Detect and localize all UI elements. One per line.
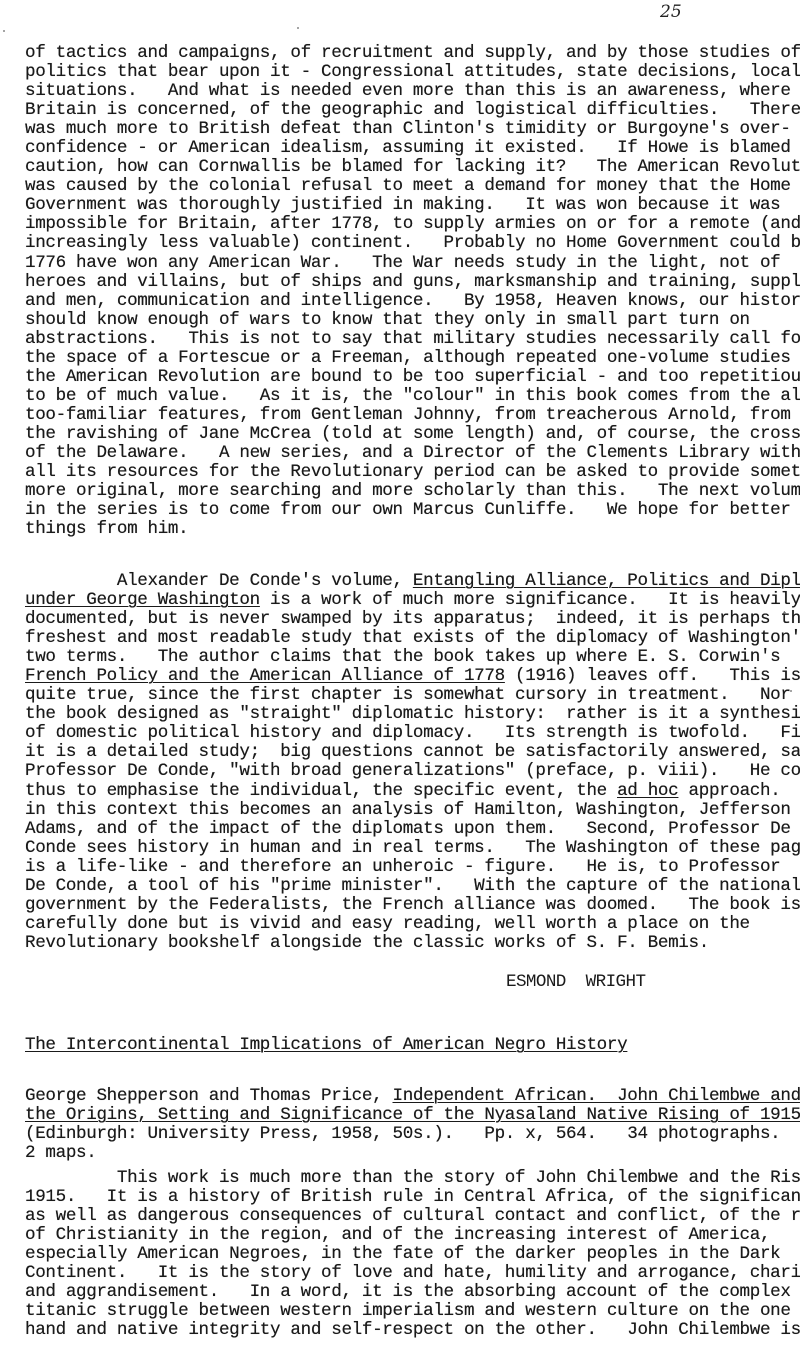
text-line: and aggrandisement. In a word, it is the… — [25, 1283, 795, 1302]
text-line: Adams, and of the impact of the diplomat… — [25, 820, 795, 839]
text-line: This work is much more than the story of… — [25, 1169, 795, 1188]
citation-publication: (Edinburgh: University Press, 1958, 50s.… — [25, 1125, 795, 1144]
text-line: increasingly less valuable) continent. P… — [25, 234, 795, 253]
scan-speck — [784, 612, 786, 614]
text-line: to be of much value. As it is, the "colo… — [25, 387, 795, 406]
text-line: impossible for Britain, after 1778, to s… — [25, 215, 795, 234]
text-line: should know enough of wars to know that … — [25, 311, 795, 330]
text-line: of domestic political history and diplom… — [25, 724, 795, 743]
text-line: Government was thoroughly justified in m… — [25, 196, 795, 215]
text-line: two terms. The author claims that the bo… — [25, 648, 795, 667]
text-line: it is a detailed study; big questions ca… — [25, 743, 795, 762]
text-line: was caused by the colonial refusal to me… — [25, 177, 795, 196]
text-line: the American Revolution are bound to be … — [25, 368, 795, 387]
book-title-entangling-alliance-cont: under George Washington — [25, 590, 260, 610]
review-paragraph-1: of tactics and campaigns, of recruitment… — [25, 44, 795, 539]
book-title-entangling-alliance: Entangling Alliance, Politics and Diplom… — [413, 571, 800, 591]
text-line: the space of a Fortescue or a Freeman, a… — [25, 349, 795, 368]
text-line: documented, but is never swamped by its … — [25, 610, 795, 629]
text-line: things from him. — [25, 520, 795, 539]
ad-hoc-term: ad hoc — [617, 781, 678, 801]
text-line: titanic struggle between western imperia… — [25, 1302, 795, 1321]
text-line: of tactics and campaigns, of recruitment… — [25, 44, 795, 63]
reviewer-signature: ESMOND WRIGHT — [506, 972, 645, 992]
text-line: of the Delaware. A new series, and a Dir… — [25, 444, 795, 463]
book-title-french-policy: French Policy and the American Alliance … — [25, 666, 505, 686]
text-line: 1776 have won any American War. The War … — [25, 254, 795, 273]
scan-speck — [790, 690, 792, 692]
text-line: government by the Federalists, the Frenc… — [25, 896, 795, 915]
text-line: Professor De Conde, "with broad generali… — [25, 762, 795, 781]
text-line: the book designed as "straight" diplomat… — [25, 705, 795, 724]
review-paragraph-3: This work is much more than the story of… — [25, 1169, 795, 1340]
text-line: 1915. It is a history of British rule in… — [25, 1188, 795, 1207]
text-line: as well as dangerous consequences of cul… — [25, 1207, 795, 1226]
text-line: the ravishing of Jane McCrea (told at so… — [25, 425, 795, 444]
text-line: Continent. It is the story of love and h… — [25, 1264, 795, 1283]
scan-speck — [3, 30, 5, 32]
text-line: quite true, since the first chapter is s… — [25, 686, 795, 705]
text-line: heroes and villains, but of ships and gu… — [25, 273, 795, 292]
text-line: politics that bear upon it - Congression… — [25, 63, 795, 82]
citation-title-cont: the Origins, Setting and Significance of… — [25, 1105, 800, 1125]
text-line: all its resources for the Revolutionary … — [25, 463, 795, 482]
citation-extra: 2 maps. — [25, 1144, 795, 1163]
text-line: too-familiar features, from Gentleman Jo… — [25, 406, 795, 425]
page-number: 25 — [660, 2, 682, 22]
text-line: in this context this becomes an analysis… — [25, 801, 795, 820]
text-line: thus to emphasise the individual, the sp… — [25, 782, 795, 801]
citation-authors: George Shepperson and Thomas Price, — [25, 1086, 393, 1106]
text-line: Conde sees history in human and in real … — [25, 839, 795, 858]
text-line: De Conde, a tool of his "prime minister"… — [25, 877, 795, 896]
text-line: is a life-like - and therefore an unhero… — [25, 858, 795, 877]
review-paragraph-2: Alexander De Conde's volume, Entangling … — [25, 572, 795, 953]
text-line: under George Washington is a work of muc… — [25, 591, 795, 610]
text-line: Britain is concerned, of the geographic … — [25, 101, 795, 120]
citation-line: the Origins, Setting and Significance of… — [25, 1106, 795, 1125]
text-line: was much more to British defeat than Cli… — [25, 120, 795, 139]
text-line: of Christianity in the region, and of th… — [25, 1226, 795, 1245]
text-line: in the series is to come from our own Ma… — [25, 501, 795, 520]
text-line: especially American Negroes, in the fate… — [25, 1245, 795, 1264]
scan-speck — [297, 27, 299, 29]
text-line: situations. And what is needed even more… — [25, 82, 795, 101]
citation-title: Independent African. John Chilembwe and — [393, 1086, 800, 1106]
citation-line: George Shepperson and Thomas Price, Inde… — [25, 1087, 795, 1106]
text-line: abstractions. This is not to say that mi… — [25, 330, 795, 349]
text-line: and men, communication and intelligence.… — [25, 292, 795, 311]
text-line: freshest and most readable study that ex… — [25, 629, 795, 648]
text-line: confidence - or American idealism, assum… — [25, 139, 795, 158]
text-line: Alexander De Conde's volume, Entangling … — [25, 572, 795, 591]
text-line: French Policy and the American Alliance … — [25, 667, 795, 686]
book-citation: George Shepperson and Thomas Price, Inde… — [25, 1087, 795, 1163]
text-line: carefully done but is vivid and easy rea… — [25, 915, 795, 934]
section-heading: The Intercontinental Implications of Ame… — [25, 1036, 795, 1055]
text-line: caution, how can Cornwallis be blamed fo… — [25, 158, 795, 177]
text-line: Revolutionary bookshelf alongside the cl… — [25, 934, 795, 953]
text-line: hand and native integrity and self-respe… — [25, 1321, 795, 1340]
section-heading-text: The Intercontinental Implications of Ame… — [25, 1036, 627, 1055]
text-line: more original, more searching and more s… — [25, 482, 795, 501]
